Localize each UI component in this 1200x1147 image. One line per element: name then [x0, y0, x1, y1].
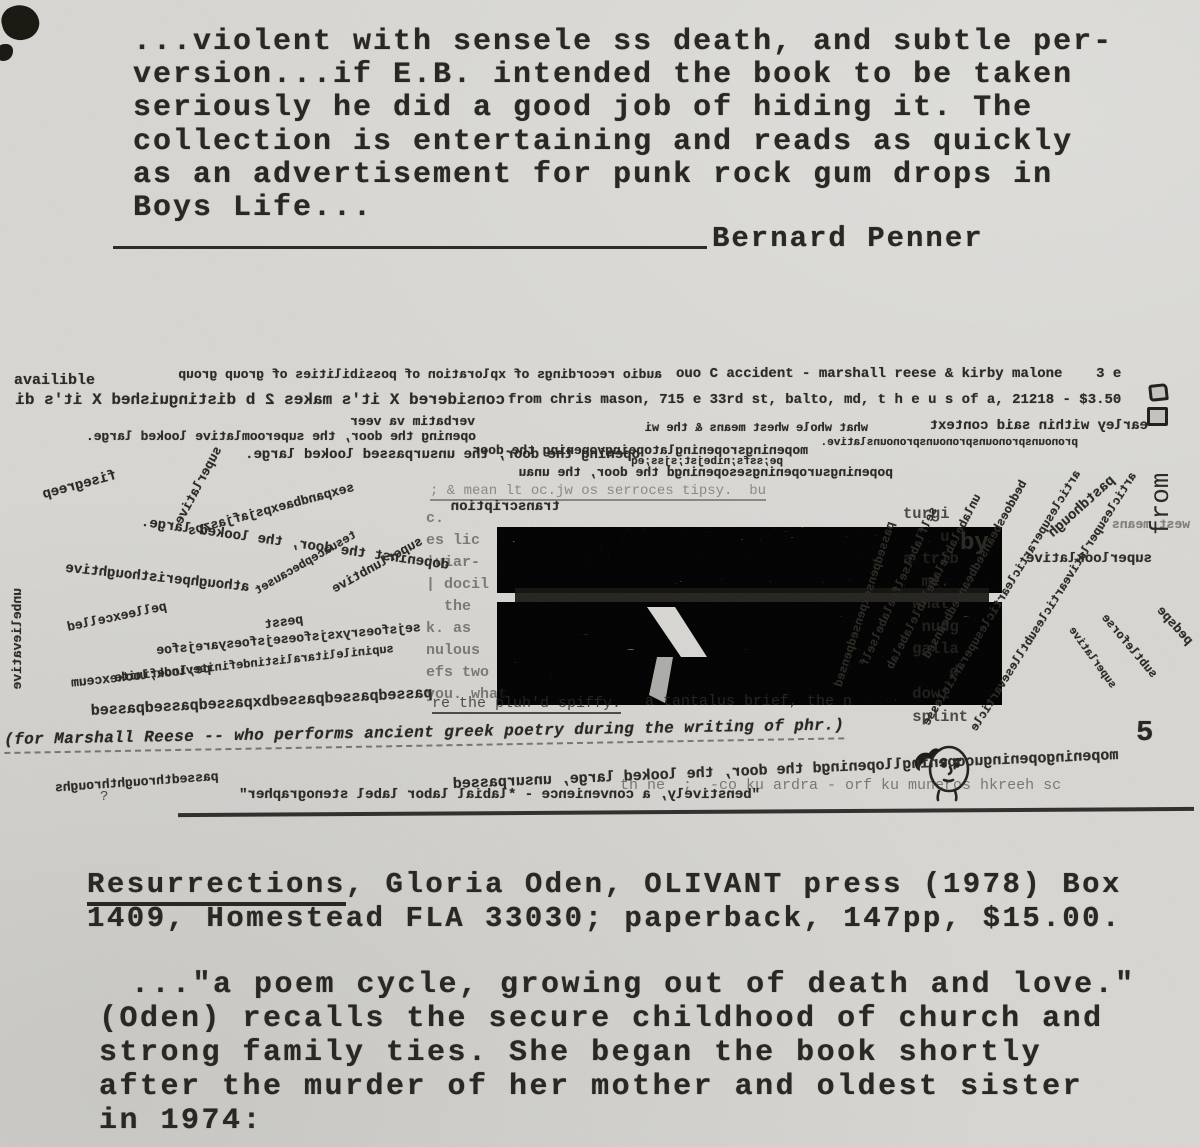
collage-text-item: audio recordings of xploration of possib… [178, 367, 662, 382]
collage-text-item: pelleexcelled [66, 599, 168, 635]
collage-text-item: pedspe [1154, 603, 1196, 648]
faint-left-column: c.es lic'uiar-| docil thek. asnulousefs … [426, 508, 507, 706]
collage-text-item: west means [1112, 517, 1190, 532]
face-doodle-icon [903, 743, 983, 805]
collage-text-item: pesst [263, 612, 304, 632]
collage-text-item: unbelievative [10, 588, 25, 689]
review-body: ..."a poem cycle, growing out of death a… [99, 968, 1136, 1138]
collage-text-item: by [960, 530, 989, 557]
collage-text-item: superlooklative [1026, 551, 1152, 567]
collage-text-item: ? [100, 789, 108, 805]
collage-text-item: opening the door, the superoomlative loo… [86, 429, 476, 444]
citation-line2: 1409, Homestead FLA 33030; paperback, 14… [87, 902, 1122, 935]
text-line: efs two [426, 662, 507, 684]
collage-text-item: th ne ; -co ku ardra - orf ku muneros hk… [620, 777, 1061, 794]
collage-text-item: verbatim va veer [350, 414, 475, 429]
text-line: in 1974: [99, 1104, 1136, 1138]
collage-text-item: ouo C accident - marshall reese & kirby … [676, 366, 1121, 382]
collage-text-item: availible [14, 372, 95, 389]
text-line: nulous [426, 640, 507, 662]
text-line: the [426, 596, 507, 618]
text-line: strong family ties. She began the book s… [99, 1036, 1136, 1070]
collage-text-item: passedpassedpassedbxpassedpassedpassed [90, 685, 432, 720]
collage-text-item: from chris mason, 715 e 33rd st, balto, … [508, 392, 1121, 408]
collage-text-item: pe;look;lookexceum [70, 661, 211, 691]
citation-block: Resurrections, Gloria Oden, OLIVANT pres… [87, 868, 1122, 936]
text-line: (Oden) recalls the secure childhood of c… [99, 1002, 1136, 1036]
collage-text-item: athoughperisthoughtive [64, 561, 250, 596]
citation-rest: , Gloria Oden, OLIVANT press (1978) Box [346, 868, 1122, 901]
collage-text-item: popeningsuropeningsesopeningd the door, … [519, 465, 893, 480]
caption: (for Marshall Reese -- who performs anci… [4, 716, 844, 754]
collage-text-item: pronounspronounspronounspronounslative. [821, 437, 1078, 449]
text-line: ..."a poem cycle, growing out of death a… [131, 968, 1136, 1002]
text-line: es lic [426, 530, 507, 552]
collage-text-item: re the pluh'd spiffy. [432, 695, 621, 714]
text-line: k. as [426, 618, 507, 640]
book-title: Resurrections [87, 868, 346, 906]
collage-text-item: fisegreep [41, 468, 118, 503]
heavy-underline-rule [178, 807, 1194, 817]
collage-text-item: passedthroughthroughs [55, 769, 219, 795]
page-number: 5 [1136, 716, 1153, 749]
scanned-zine-page: { "colors":{"paper":"#d7d6d2","ink":"#26… [0, 0, 1200, 1147]
stamp-icon [1148, 383, 1169, 402]
collage-text-item: a tantalus brief, the n [645, 693, 852, 710]
collage-text-item: superlative [172, 444, 226, 527]
collage-text-item: earley within said context [930, 418, 1148, 434]
collage-text-item: what whole whest means & the wi [645, 421, 868, 435]
stamp-icon [1147, 407, 1168, 426]
text-line: | docil [426, 574, 507, 596]
collage-text-item: considered X it's makes 2 b distinguishe… [15, 391, 505, 409]
text-line: after the murder of her mother and oldes… [99, 1070, 1136, 1104]
collage-text-item: transcription [451, 499, 560, 515]
